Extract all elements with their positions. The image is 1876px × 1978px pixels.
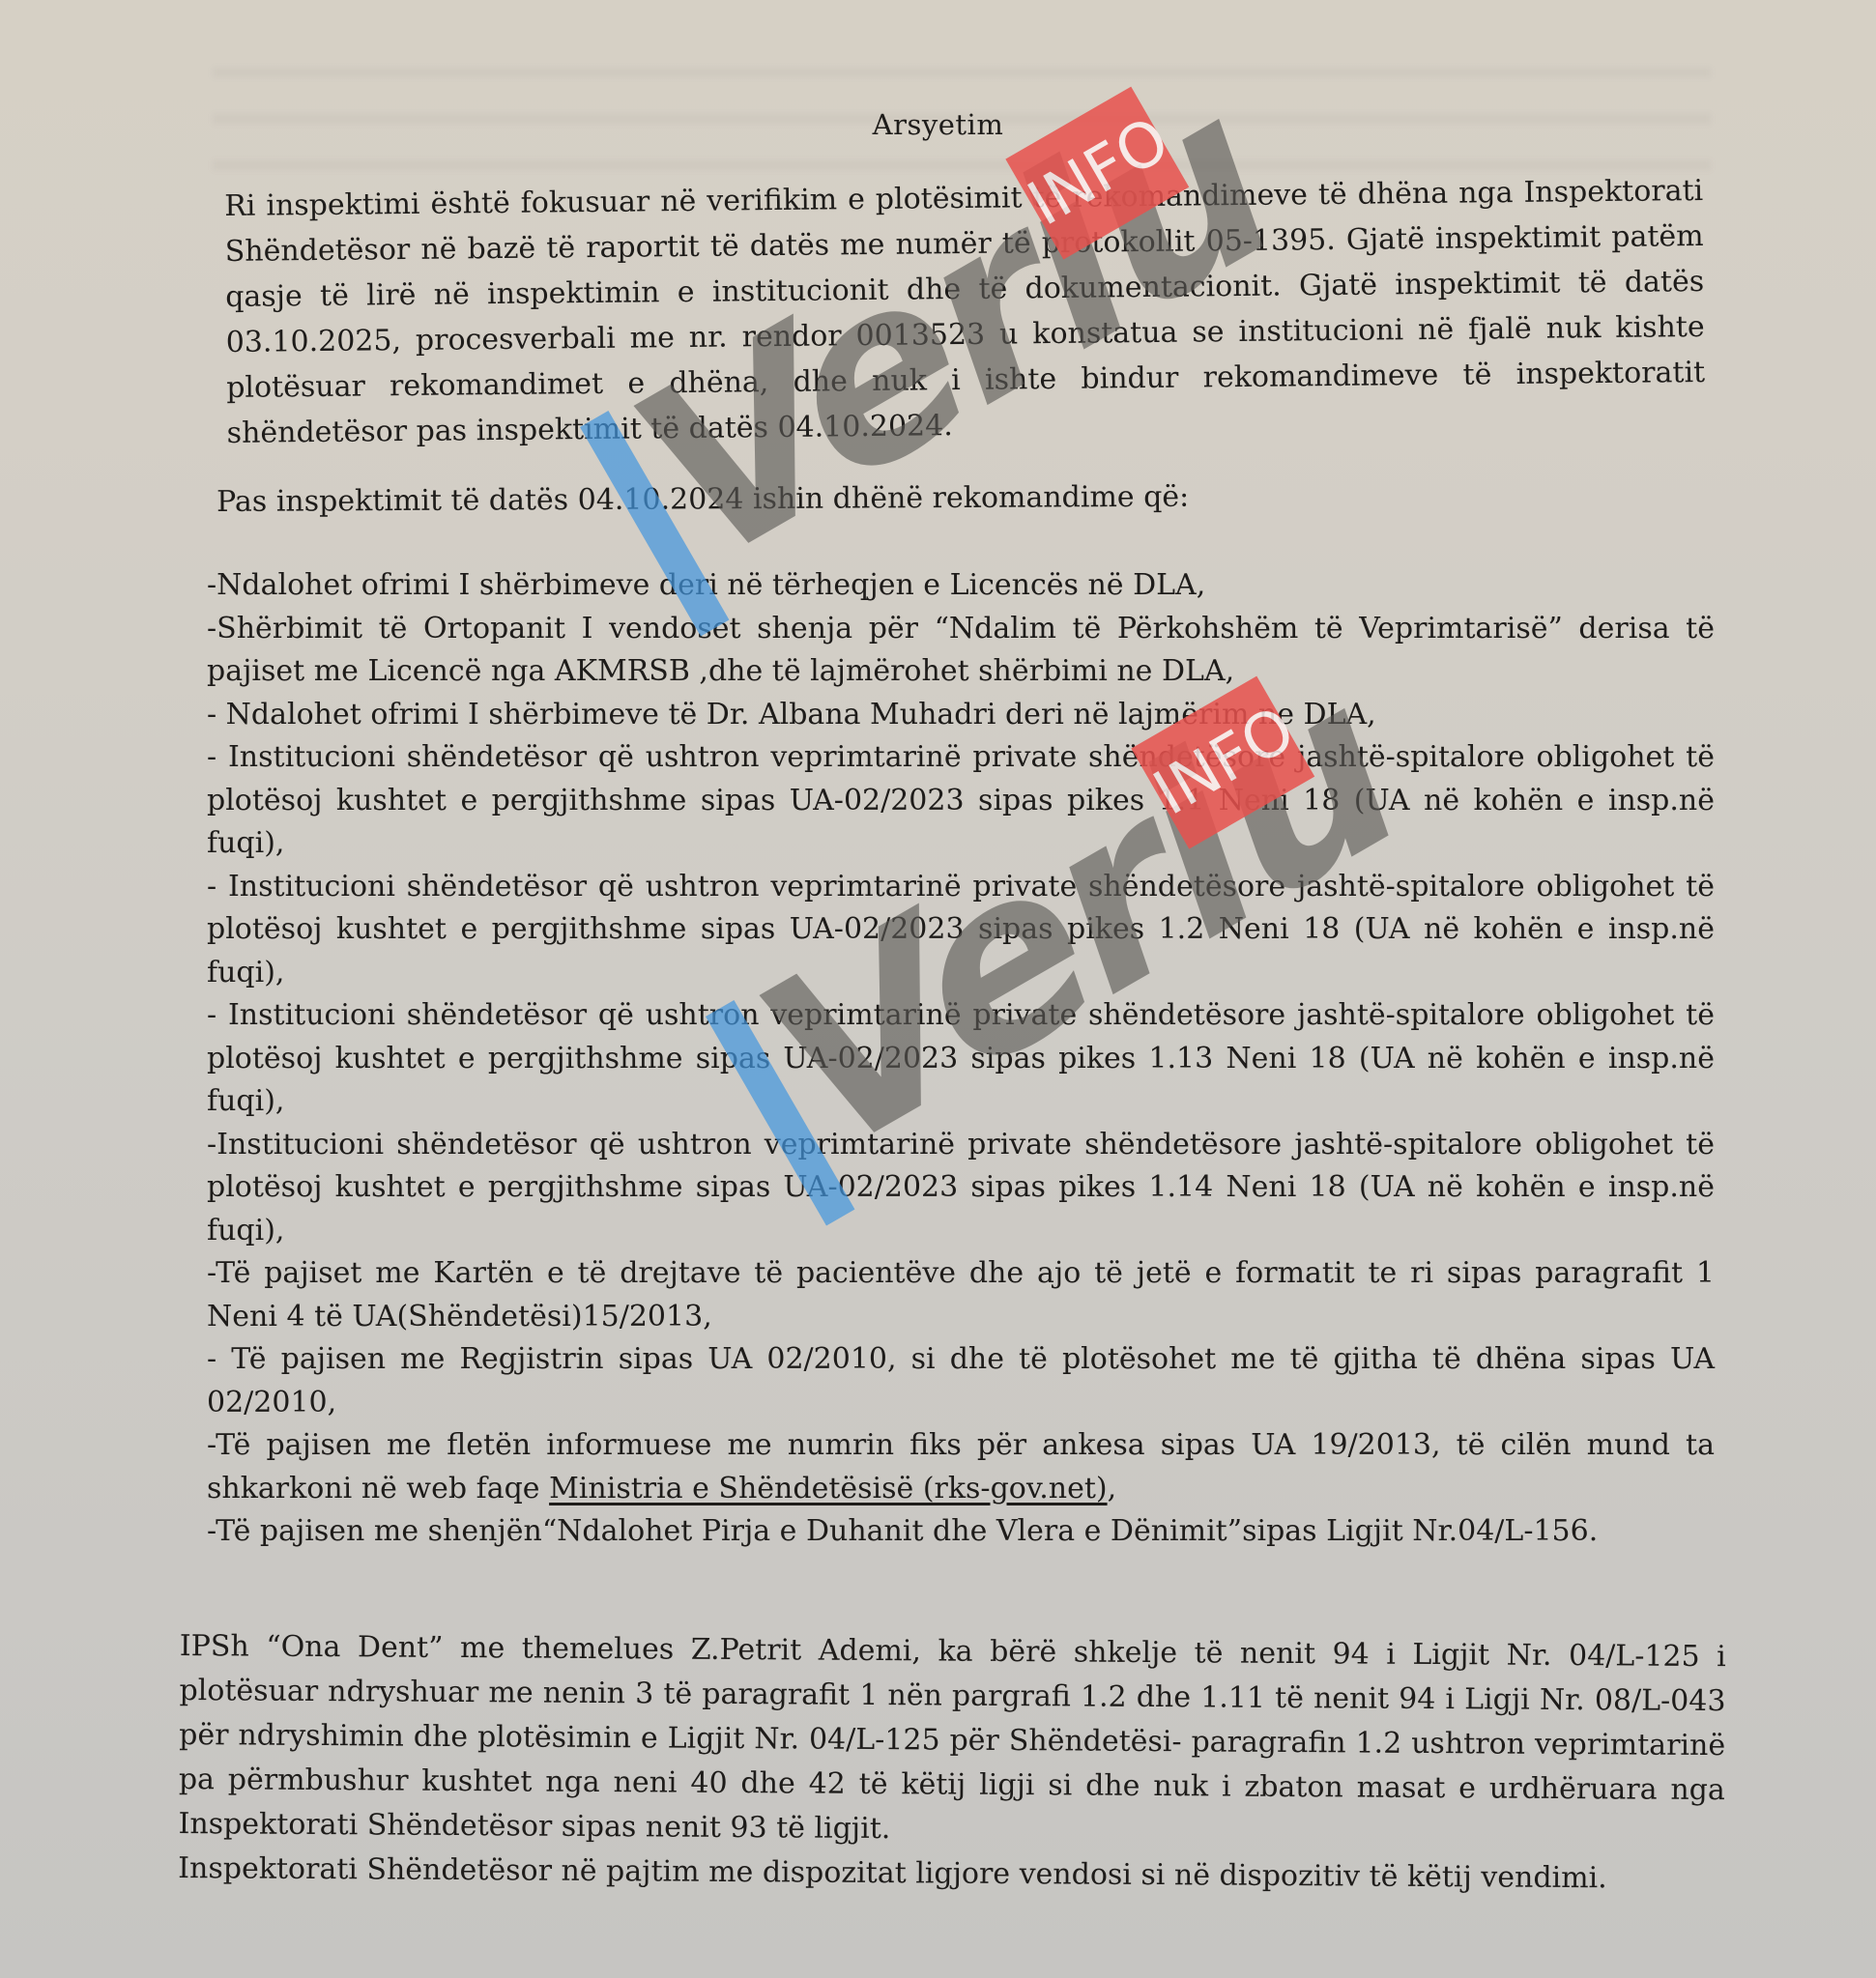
recommendation-item: - Institucioni shëndetësor që ushtron ve… [207,736,1715,866]
recommendation-item-with-link: -Të pajisen me fletën informuese me numr… [207,1424,1715,1510]
recommendation-item: -Institucioni shëndetësor që ushtron vep… [207,1124,1715,1253]
recommendation-item: -Të pajiset me Kartën e të drejtave të p… [207,1252,1715,1338]
intro-paragraph: Ri inspektimi është fokusuar në verifiki… [224,168,1706,456]
conclusion-section: IPSh “Ona Dent” me themelues Z.Petrit Ad… [178,1624,1726,1902]
recommendation-item: - Ndalohet ofrimi I shërbimeve të Dr. Al… [207,694,1715,737]
recommendation-item: -Të pajisen me shenjën“Ndalohet Pirja e … [207,1510,1715,1554]
document-page: Arsyetim Ri inspektimi është fokusuar në… [0,0,1876,1978]
conclusion-paragraph: IPSh “Ona Dent” me themelues Z.Petrit Ad… [178,1624,1726,1857]
recommendation-item: - Institucioni shëndetësor që ushtron ve… [207,866,1715,995]
recommendation-item: -Shërbimit të Ortopanit I vendoset shenj… [207,608,1715,694]
recommendation-item: -Ndalohet ofrimi I shërbimeve deri në të… [207,564,1715,608]
recommendations-lead: Pas inspektimit të datës 04.10.2024 ishi… [216,473,1695,525]
decision-statement: Inspektorati Shëndetësor në pajtim me di… [178,1847,1724,1902]
ministry-link[interactable]: Ministria e Shëndetësisë (rks-gov.net) [549,1472,1108,1505]
recommendations-list: -Ndalohet ofrimi I shërbimeve deri në të… [207,564,1715,1554]
document-title: Arsyetim [0,108,1876,141]
recommendation-text-end: , [1108,1472,1117,1505]
recommendation-item: - Institucioni shëndetësor që ushtron ve… [207,994,1715,1124]
recommendation-item: - Të pajisen me Regjistrin sipas UA 02/2… [207,1338,1715,1424]
